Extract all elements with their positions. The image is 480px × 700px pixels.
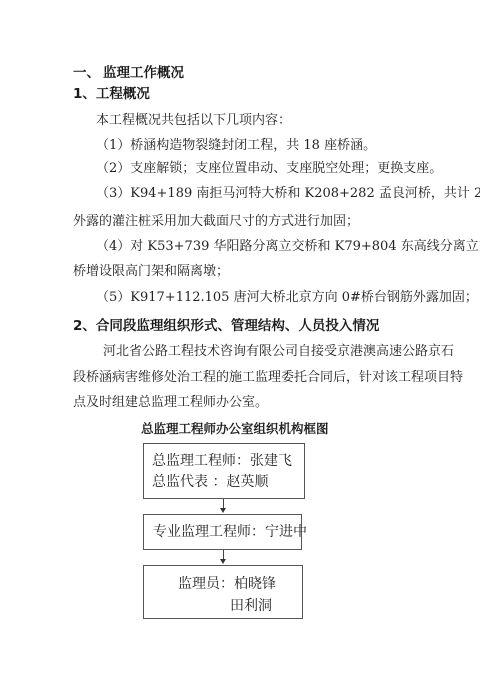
item-3-line2: 外露的灌注桩采用加大截面尺寸的方式进行加固；: [73, 214, 359, 230]
supervisor-label: 监理员：柏晓锋: [178, 576, 276, 592]
item-1: （1）桥涵构造物裂缝封闭工程，共 18 座桥涵。: [96, 138, 376, 154]
item-2: （2）支座解锁；支座位置串动、支座脱空处理；更换支座。: [96, 161, 442, 177]
chief-engineer-label: 总监理工程师：张建飞: [152, 453, 292, 469]
item-3-line1: （3）K94+189 南拒马河特大桥和 K208+282 孟良河桥，共计 28 …: [96, 186, 480, 202]
section-heading-title: 监理工作概况: [103, 65, 184, 81]
section-heading-number: 一、: [73, 65, 100, 81]
org-box-supervisors: 监理员：柏晓锋 田利洞: [143, 565, 303, 619]
arrow-down-icon: [220, 559, 226, 564]
item-4-line1: （4）对 K53+739 华阳路分离立交桥和 K79+804 东高线分离立交: [96, 239, 480, 255]
org-box-chief-engineer: 总监理工程师：张建飞 总监代表 ：赵英顺: [143, 443, 305, 499]
org-chart-title: 总监理工程师办公室组织机构框图: [141, 421, 329, 437]
org-box-specialist-engineer: 专业监理工程师：宁进中: [143, 514, 302, 550]
supervisor-second-name: 田利洞: [230, 598, 272, 614]
heading-project-overview: 1、工程概况: [73, 86, 150, 102]
specialist-engineer-label: 专业监理工程师：宁进中: [153, 524, 307, 540]
arrow-down-icon: [220, 508, 226, 513]
item-5: （5）K917+112.105 唐河大桥北京方向 0#桥台钢筋外露加固；: [96, 290, 478, 306]
paragraph-line3: 点及时组建总监理工程师办公室。: [73, 395, 268, 411]
paragraph-line1: 河北省公路工程技术咨询有限公司自接受京港澳高速公路京石: [103, 344, 454, 360]
heading-organization: 2、合同段监理组织形式、管理结构、人员投入情况: [73, 318, 379, 334]
item-4-line2: 桥增设限高门架和隔离墩；: [73, 264, 229, 280]
chief-deputy-label: 总监代表 ：赵英顺: [152, 474, 268, 490]
intro-text: 本工程概况共包括以下几项内容：: [96, 113, 291, 129]
paragraph-line2: 段桥涵病害维修处治工程的施工监理委托合同后，针对该工程项目特: [73, 370, 463, 386]
